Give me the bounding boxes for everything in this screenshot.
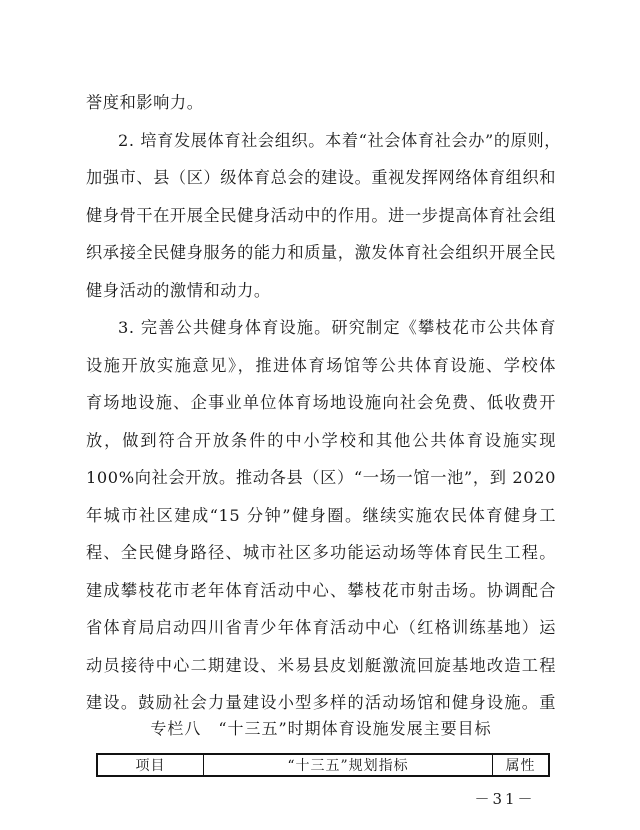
paragraph-line: 育场地设施、企事业单位体育场地设施向社会免费、低收费开 <box>86 393 556 413</box>
paragraph-line: 程、全民健身路径、城市社区多功能运动场等体育民生工程。 <box>86 543 556 563</box>
paragraph-line: 健身活动的激情和动力。 <box>86 281 556 301</box>
header-item: 项目 <box>97 754 204 776</box>
paragraph-line: 誉度和影响力。 <box>86 93 556 113</box>
document-page: 誉度和影响力。 2. 培育发展体育社会组织。本着“社会体育社会办”的原则， 加强… <box>0 0 640 830</box>
paragraph-line: 设施开放实施意见》，推进体育场馆等公共体育设施、学校体 <box>86 356 556 376</box>
goals-table: 项目 “十三五”规划指标 属性 <box>96 753 550 777</box>
paragraph-line: 健身骨干在开展全民健身活动中的作用。进一步提高体育社会组 <box>86 206 556 226</box>
page-number: －31－ <box>470 788 540 809</box>
table-caption: 专栏八 “十三五”时期体育设施发展主要目标 <box>86 719 556 739</box>
paragraph-line: 100%向社会开放。推动各县（区）“一场一馆一池”，到 2020 <box>86 468 556 488</box>
section-3-heading-line: 3. 完善公共健身体育设施。研究制定《攀枝花市公共体育 <box>118 318 556 338</box>
paragraph-line: 年城市社区建成“15 分钟”健身圈。继续实施农民体育健身工 <box>86 506 556 526</box>
section-2-heading-line: 2. 培育发展体育社会组织。本着“社会体育社会办”的原则， <box>118 131 556 151</box>
table-header-row: 项目 “十三五”规划指标 属性 <box>97 754 549 776</box>
paragraph-line: 动员接待中心二期建设、米易县皮划艇激流回旋基地改造工程 <box>86 656 556 676</box>
paragraph-line: 织承接全民健身服务的能力和质量，激发体育社会组织开展全民 <box>86 243 556 263</box>
header-indicator: “十三五”规划指标 <box>204 754 493 776</box>
paragraph-line: 加强市、县（区）级体育总会的建设。重视发挥网络体育组织和 <box>86 168 556 188</box>
paragraph-line: 省体育局启动四川省青少年体育活动中心（红格训练基地）运 <box>86 618 556 638</box>
header-attribute: 属性 <box>493 754 550 776</box>
paragraph-line: 放，做到符合开放条件的中小学校和其他公共体育设施实现 <box>86 431 556 451</box>
paragraph-line: 建成攀枝花市老年体育活动中心、攀枝花市射击场。协调配合 <box>86 581 556 601</box>
paragraph-line: 建设。鼓励社会力量建设小型多样的活动场馆和健身设施。重 <box>86 693 556 713</box>
